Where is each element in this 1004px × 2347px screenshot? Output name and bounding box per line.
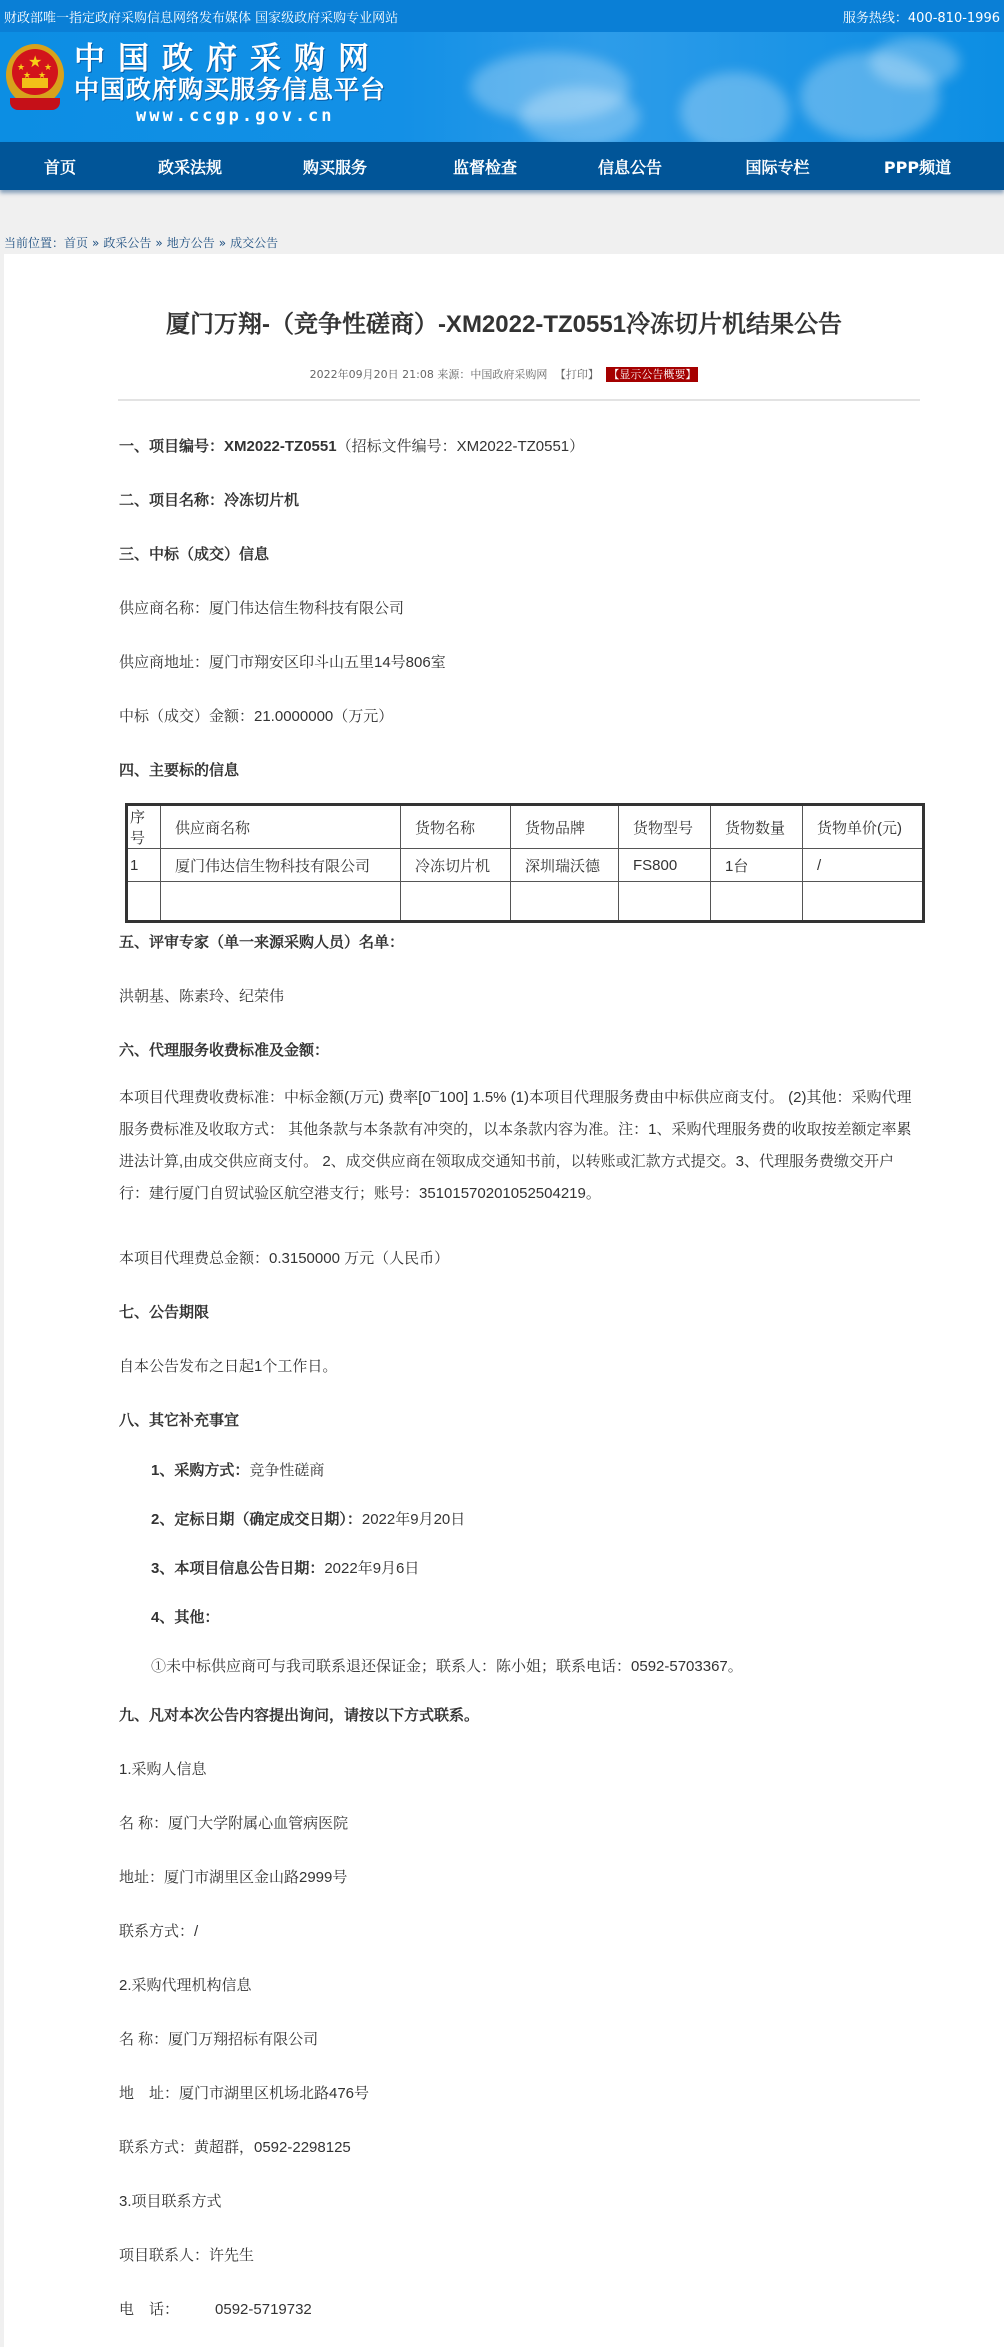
section-heading: 六、代理服务收费标准及金额： [119, 1039, 329, 1060]
table-row-empty [127, 882, 924, 922]
table-header: 序号 [127, 805, 161, 849]
table-header: 货物型号 [619, 805, 711, 849]
purchaser-contact: 联系方式：/ [119, 1920, 198, 1941]
purchaser-info-title: 1.采购人信息 [119, 1758, 207, 1779]
announcement-period: 自本公告发布之日起1个工作日。 [119, 1355, 337, 1376]
site-logo[interactable]: ★ ★ ★ ★ ★ 中国政府采购网 中国政府购买服务信息平台 www.ccgp.… [4, 42, 386, 128]
agency-address: 地 址：厦门市湖里区机场北路476号 [119, 2082, 369, 2103]
table-header: 货物单价(元) [803, 805, 924, 849]
section-heading: 四、主要标的信息 [119, 759, 239, 780]
breadcrumb-separator: » [92, 236, 99, 250]
show-summary-button[interactable]: 【显示公告概要】 [606, 367, 698, 382]
breadcrumb-deal-announcements[interactable]: 成交公告 [230, 236, 278, 250]
project-contact-title: 3.项目联系方式 [119, 2190, 222, 2211]
logo-url: www.ccgp.gov.cn [74, 104, 386, 128]
table-header: 货物名称 [401, 805, 511, 849]
publish-datetime: 2022年09月20日 21:08 [310, 368, 434, 381]
section-heading: 八、其它补充事宜 [119, 1409, 239, 1430]
nav-item-home[interactable]: 首页 [0, 155, 120, 178]
nav-item-international[interactable]: 国际专栏 [700, 155, 855, 178]
service-hotline: 服务热线：400-810-1996 [843, 7, 1000, 26]
nav-item-ppp[interactable]: PPP频道 [855, 155, 980, 178]
project-number-value: XM2022-TZ0551 [224, 438, 337, 455]
table-cell: 冷冻切片机 [401, 849, 511, 882]
breadcrumb-separator: » [155, 236, 162, 250]
logo-title: 中国政府采购网 [74, 42, 386, 76]
agency-fee-standard: 本项目代理费收费标准：中标金额(万元) 费率[0¯100] 1.5% (1)本项… [119, 1082, 924, 1210]
table-cell: 深圳瑞沃德 [511, 849, 619, 882]
breadcrumb-prefix: 当前位置： [4, 236, 64, 250]
project-name-line: 二、项目名称：冷冻切片机 [119, 489, 299, 510]
agency-contact: 联系方式：黄超群，0592-2298125 [119, 2136, 351, 2157]
phone-value: 0592-5719732 [215, 2301, 312, 2318]
section-heading: 九、凡对本次公告内容提出询问，请按以下方式联系。 [119, 1704, 479, 1725]
purchaser-address: 地址：厦门市湖里区金山路2999号 [119, 1866, 347, 1887]
breadcrumb-procurement-announcements[interactable]: 政采公告 [103, 236, 151, 250]
nav-item-regulations[interactable]: 政采法规 [120, 155, 260, 178]
supplement-item: 3、本项目信息公告日期：2022年9月6日 [151, 1557, 419, 1578]
phone-label: 电 话： [119, 2301, 179, 2318]
nav-item-announcements[interactable]: 信息公告 [560, 155, 700, 178]
title-divider [118, 399, 920, 401]
section-heading: 七、公告期限 [119, 1301, 209, 1322]
project-number-label: 一、项目编号： [119, 438, 224, 455]
expert-list: 洪朝基、陈素玲、纪荣伟 [119, 985, 284, 1006]
supplement-item: 2、定标日期（确定成交日期）：2022年9月20日 [151, 1508, 465, 1529]
print-link[interactable]: 【打印】 [555, 368, 599, 381]
agency-fee-total: 本项目代理费总金额：0.3150000 万元（人民币） [119, 1247, 449, 1268]
purchaser-name: 名 称：厦门大学附属心血管病医院 [119, 1812, 348, 1833]
deposit-refund-note: ①未中标供应商可与我司联系退还保证金；联系人：陈小姐；联系电话：0592-570… [151, 1655, 743, 1676]
project-contact-phone: 电 话：0592-5719732 [119, 2298, 312, 2319]
project-name-value: 冷冻切片机 [224, 492, 299, 509]
section-heading: 五、评审专家（单一来源采购人员）名单： [119, 931, 404, 952]
breadcrumb-separator: » [219, 236, 226, 250]
table-cell: 1 [127, 849, 161, 882]
table-cell: 1台 [711, 849, 803, 882]
article-title: 厦门万翔-（竞争性磋商）-XM2022-TZ0551冷冻切片机结果公告 [4, 304, 1004, 339]
breadcrumb-local-announcements[interactable]: 地方公告 [167, 236, 215, 250]
main-nav: 首页 政采法规 购买服务 监督检查 信息公告 国际专栏 PPP频道 [0, 142, 1004, 190]
national-emblem-icon: ★ ★ ★ ★ ★ [4, 42, 66, 114]
table-cell: 厦门伟达信生物科技有限公司 [161, 849, 401, 882]
article-source: 来源：中国政府采购网 [437, 368, 547, 381]
section-heading: 三、中标（成交）信息 [119, 543, 269, 564]
supplier-address: 供应商地址：厦门市翔安区印斗山五里14号806室 [119, 651, 446, 672]
table-header: 供应商名称 [161, 805, 401, 849]
table-header: 货物数量 [711, 805, 803, 849]
project-contact-person: 项目联系人：许先生 [119, 2244, 254, 2265]
table-cell: / [803, 849, 924, 882]
agency-name: 名 称：厦门万翔招标有限公司 [119, 2028, 318, 2049]
deal-amount: 中标（成交）金额：21.0000000（万元） [119, 705, 393, 726]
goods-table: 序号 供应商名称 货物名称 货物品牌 货物型号 货物数量 货物单价(元) 1 厦… [125, 803, 925, 923]
project-name-label: 二、项目名称： [119, 492, 224, 509]
supplement-item: 1、采购方式：竞争性磋商 [151, 1459, 324, 1480]
article-meta: 2022年09月20日 21:08 来源：中国政府采购网 【打印】 【显示公告概… [4, 366, 1004, 382]
top-strip: 财政部唯一指定政府采购信息网络发布媒体 国家级政府采购专业网站 服务热线：400… [0, 0, 1004, 32]
nav-item-purchase-services[interactable]: 购买服务 [260, 155, 410, 178]
breadcrumb: 当前位置：首页»政采公告»地方公告»成交公告 [0, 190, 1004, 264]
supplier-name: 供应商名称：厦门伟达信生物科技有限公司 [119, 597, 404, 618]
table-header: 货物品牌 [511, 805, 619, 849]
logo-subtitle: 中国政府购买服务信息平台 [74, 76, 386, 104]
nav-item-supervision[interactable]: 监督检查 [410, 155, 560, 178]
site-slogan: 财政部唯一指定政府采购信息网络发布媒体 国家级政府采购专业网站 [4, 7, 398, 26]
site-banner: ★ ★ ★ ★ ★ 中国政府采购网 中国政府购买服务信息平台 www.ccgp.… [0, 32, 1004, 142]
table-header-row: 序号 供应商名称 货物名称 货物品牌 货物型号 货物数量 货物单价(元) [127, 805, 924, 849]
project-number-line: 一、项目编号：XM2022-TZ0551（招标文件编号：XM2022-TZ055… [119, 435, 584, 456]
agency-info-title: 2.采购代理机构信息 [119, 1974, 252, 1995]
table-cell: FS800 [619, 849, 711, 882]
tender-doc-number: （招标文件编号：XM2022-TZ0551） [337, 438, 585, 455]
article-container: 厦门万翔-（竞争性磋商）-XM2022-TZ0551冷冻切片机结果公告 2022… [4, 254, 1004, 2347]
table-row: 1 厦门伟达信生物科技有限公司 冷冻切片机 深圳瑞沃德 FS800 1台 / [127, 849, 924, 882]
supplement-item: 4、其他： [151, 1606, 219, 1627]
breadcrumb-home[interactable]: 首页 [64, 236, 88, 250]
